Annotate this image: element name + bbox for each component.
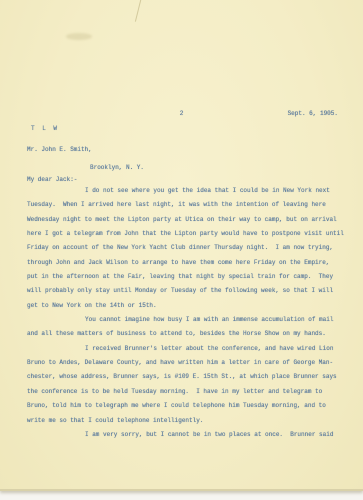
letter-line: put in the afternoon at the Fair, leavin…: [27, 270, 349, 284]
letter-line: I do not see where you get the idea that…: [27, 184, 349, 198]
letter-line: and all these matters of business to att…: [27, 327, 349, 341]
recipient-name: Mr. John E. Smith,: [27, 146, 92, 153]
typist-initials: T L W: [31, 125, 59, 132]
letter-line: Wednesday night to meet the Lipton party…: [27, 213, 349, 227]
paper-bottom-edge: [0, 489, 363, 491]
letter-line: here I got a telegram from John that the…: [27, 227, 349, 241]
letter-page: 2 Sept. 6, 1905. T L W Mr. John E. Smith…: [0, 0, 363, 491]
letter-line: Bruno to Andes, Delaware County, and hav…: [27, 356, 349, 370]
recipient-city: Brooklyn, N. Y.: [90, 164, 144, 171]
letter-line: the conference is to be held Tuesday mor…: [27, 385, 349, 399]
letter-line: get to New York on the 14th or 15th.: [27, 299, 349, 313]
paper-smudge: [66, 33, 92, 40]
letter-line: I received Brunner's letter about the co…: [27, 342, 349, 356]
letter-line: write me so that I could telephone intel…: [27, 414, 349, 428]
date-line: Sept. 6, 1905.: [288, 110, 338, 117]
letter-line: through John and Jack Wilson to arrange …: [27, 256, 349, 270]
letter-body: I do not see where you get the idea that…: [27, 184, 349, 442]
letter-line: Tuesday. When I arrived here last night,…: [27, 198, 349, 212]
letter-line: I am very sorry, but I cannot be in two …: [27, 428, 349, 442]
paper-crease: [135, 0, 142, 22]
salutation: My dear Jack:-: [27, 176, 77, 183]
scanned-letter: 2 Sept. 6, 1905. T L W Mr. John E. Smith…: [0, 0, 363, 500]
letter-line: Friday on account of the New York Yacht …: [27, 241, 349, 255]
letter-line: You cannot imagine how busy I am with an…: [27, 313, 349, 327]
letter-line: will probably only stay until Monday or …: [27, 284, 349, 298]
letter-line: Bruno, told him to telegraph me where I …: [27, 399, 349, 413]
letter-line: chester, whose address, Brunner says, is…: [27, 370, 349, 384]
